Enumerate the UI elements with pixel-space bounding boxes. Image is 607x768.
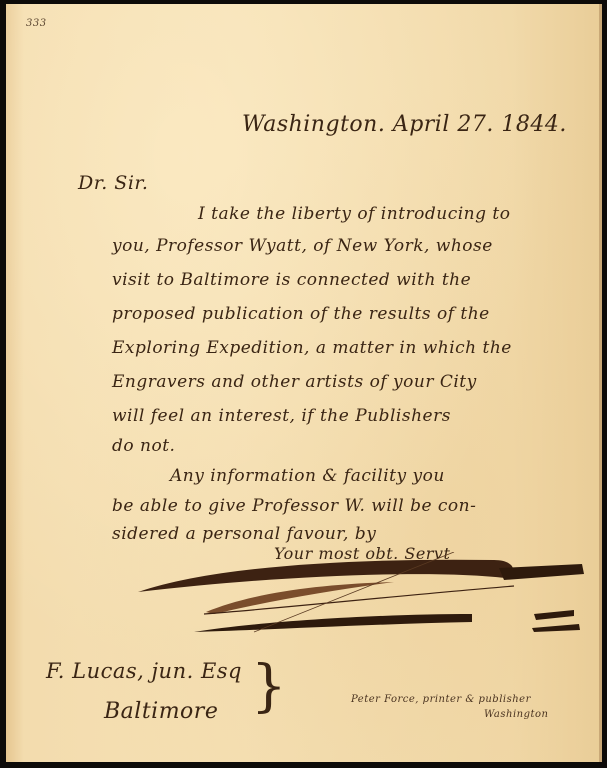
body-line: will feel an interest, if the Publishers <box>112 406 451 426</box>
body-line: I take the liberty of introducing to <box>198 204 510 224</box>
body-line: Exploring Expedition, a matter in which … <box>112 338 512 358</box>
body-line: sidered a personal favour, by <box>112 524 376 544</box>
body-line: be able to give Professor W. will be con… <box>112 496 476 516</box>
body-line: proposed publication of the results of t… <box>112 304 490 324</box>
archival-annotation-place: Washington <box>484 709 548 720</box>
signature-flourish: Peter Force <box>134 552 594 642</box>
addressee-city: Baltimore <box>104 699 218 724</box>
body-line: you, Professor Wyatt, of New York, whose <box>112 236 493 256</box>
body-line: do not. <box>112 436 175 456</box>
body-line: Any information & facility you <box>170 466 445 486</box>
brace-icon: } <box>251 654 287 719</box>
letter-page: 333 Washington. April 27. 1844. Dr. Sir.… <box>6 4 602 762</box>
archival-annotation: Peter Force, printer & publisher <box>351 694 531 705</box>
body-line: Engravers and other artists of your City <box>112 372 477 392</box>
body-line: visit to Baltimore is connected with the <box>112 270 471 290</box>
dateline: Washington. April 27. 1844. <box>242 112 567 137</box>
salutation: Dr. Sir. <box>78 172 148 194</box>
addressee-name: F. Lucas, jun. Esq <box>46 659 242 683</box>
folio-number: 333 <box>26 18 47 29</box>
